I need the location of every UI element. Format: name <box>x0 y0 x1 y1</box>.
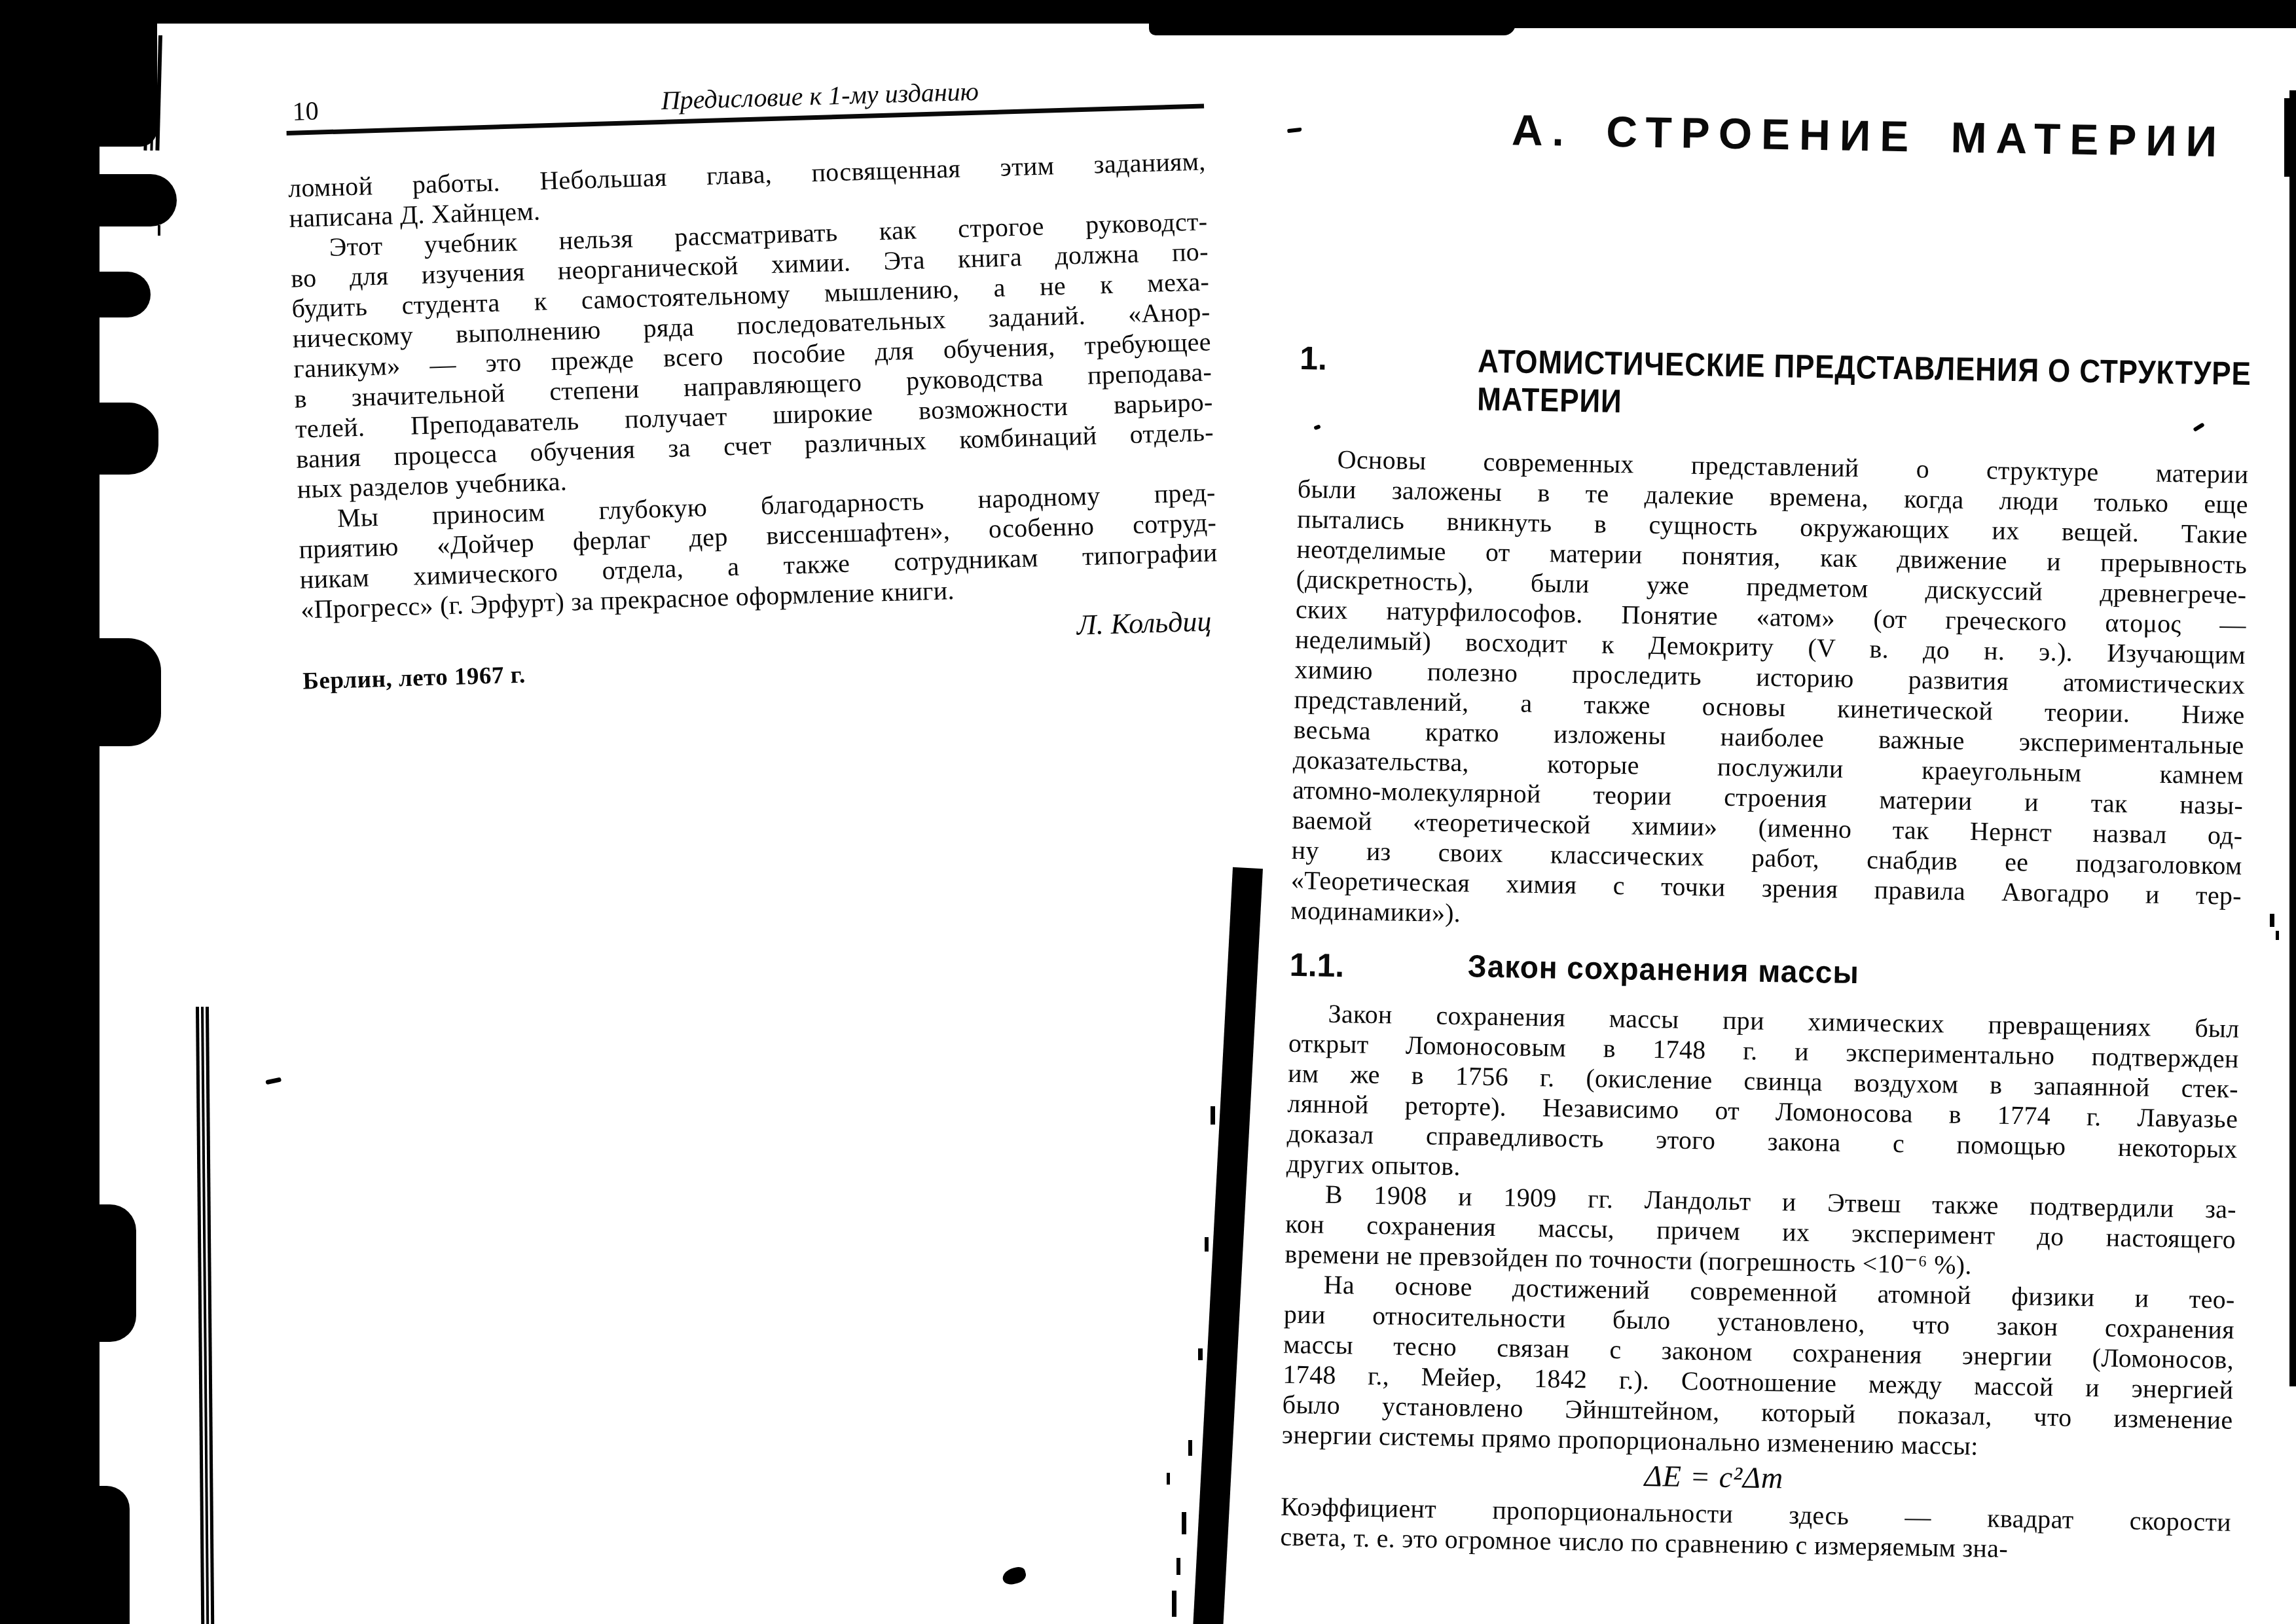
paragraph: Основы современных представлений о струк… <box>1290 444 2249 941</box>
section-intro-text: Основы современных представлений о струк… <box>1290 444 2249 941</box>
scan-left-binding-band <box>0 0 100 1624</box>
scan-right-edge-strip <box>2284 98 2290 177</box>
scan-spine-speckle <box>1182 1512 1186 1534</box>
section-title: АТОМИСТИЧЕСКИЕ ПРЕДСТАВЛЕНИЯ О СТРУКТУРЕ… <box>1477 342 2252 431</box>
left-page: 10 Предисловие к 1-му изданию ломной раб… <box>285 69 1221 695</box>
scanned-book-spread: 10 Предисловие к 1-му изданию ломной раб… <box>0 0 2296 1624</box>
scan-spine-speckle <box>1188 1440 1192 1456</box>
scan-spine-speckle <box>1211 1106 1215 1125</box>
preface-text: ломной работы. Небольшая глава, посвящен… <box>287 146 1218 624</box>
scan-left-bump <box>84 1204 136 1342</box>
scan-left-bump <box>85 403 158 475</box>
after-formula-text: Коэффициент пропорциональности здесь — к… <box>1280 1492 2231 1568</box>
scan-spine-speckle <box>1205 1237 1209 1252</box>
scan-edge-dash <box>159 190 162 220</box>
scan-top-bar-left <box>0 0 1178 24</box>
scan-left-bump <box>84 638 161 746</box>
page-number: 10 <box>292 96 319 127</box>
scan-left-bump <box>85 272 151 317</box>
section-number: 1. <box>1300 339 1478 380</box>
scan-ink-blob <box>1001 1565 1028 1586</box>
section-heading: 1. АТОМИСТИЧЕСКИЕ ПРЕДСТАВЛЕНИЯ О СТРУКТ… <box>1299 339 2251 431</box>
scan-top-bar-right <box>1499 0 2296 28</box>
scan-spine-speckle <box>1167 1473 1170 1485</box>
subsection-title: Закон сохранения массы <box>1467 948 1859 992</box>
paragraph: Коэффициент пропорциональности здесь — к… <box>1280 1492 2231 1568</box>
paragraph: На основе достижений современной атомной… <box>1282 1269 2235 1466</box>
scan-spine-band <box>1193 867 1263 1624</box>
scan-margin-dash <box>1287 128 1302 133</box>
scan-edge-dash <box>158 225 160 236</box>
scan-left-bump <box>84 1486 130 1624</box>
scan-spine-speckle <box>1176 1558 1180 1575</box>
scan-left-bump <box>85 174 177 226</box>
subsection-number: 1.1. <box>1289 946 1468 987</box>
scan-spine-speckle <box>1172 1591 1176 1617</box>
scan-spine-speckle <box>1198 1348 1203 1360</box>
right-page: А. СТРОЕНИЕ МАТЕРИИ 1. АТОМИСТИЧЕСКИЕ ПР… <box>1280 92 2255 1568</box>
scan-speck <box>2276 931 2279 940</box>
subsection-text: Закон сохранения массы при химических пр… <box>1282 998 2240 1466</box>
scan-margin-dash <box>265 1077 282 1085</box>
scan-top-bar-mid <box>1149 0 1516 35</box>
paragraph: В 1908 и 1909 гг. Ландольт и Этвеш также… <box>1285 1179 2236 1285</box>
running-title: Предисловие к 1-му изданию <box>436 69 1204 122</box>
scan-right-edge-strip <box>2289 90 2296 1386</box>
paragraph: Этот учебник нельзя рассматривать как ст… <box>289 206 1215 504</box>
paragraph: Закон сохранения массы при химических пр… <box>1286 998 2239 1195</box>
subsection-heading: 1.1. Закон сохранения массы <box>1289 946 2240 1000</box>
part-title: А. СТРОЕНИЕ МАТЕРИИ <box>1512 108 2255 164</box>
scan-speck <box>2270 914 2274 927</box>
